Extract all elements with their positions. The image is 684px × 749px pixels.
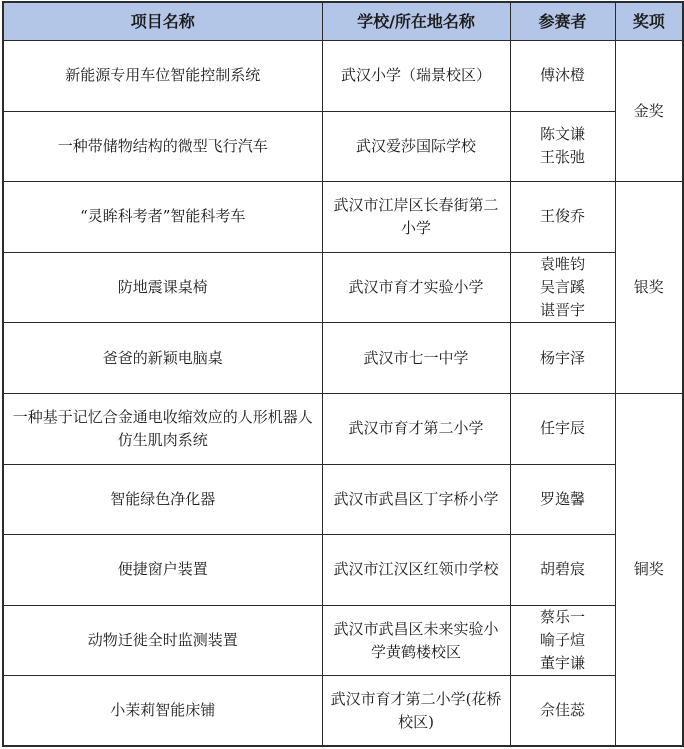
project-name: 一种带储物结构的微型飞行汽车	[3, 111, 322, 182]
participant: 罗逸馨	[517, 488, 609, 511]
participant: 陈文谦	[517, 123, 609, 146]
participant: 吴言蹊	[517, 276, 609, 299]
participants: 佘佳蕊	[510, 676, 615, 747]
participant: 佘佳蕊	[517, 699, 609, 722]
awards-table: 项目名称 学校/所在地名称 参赛者 奖项 新能源专用车位智能控制系统 武汉小学（…	[2, 1, 684, 747]
school-name: 武汉市育才第二小学(花桥校区)	[322, 676, 510, 747]
school-name: 武汉市七一中学	[322, 323, 510, 394]
participant: 王张弛	[517, 146, 609, 169]
participants: 杨宇泽	[510, 323, 615, 394]
table-row: 动物迁徙全时监测装置 武汉市武昌区未来实验小学黄鹤楼校区 蔡乐一 喻子煊 董宇谦	[3, 605, 683, 676]
school-name: 武汉市武昌区未来实验小学黄鹤楼校区	[322, 605, 510, 676]
award-gold: 金奖	[615, 41, 683, 182]
header-school: 学校/所在地名称	[322, 2, 510, 41]
header-row: 项目名称 学校/所在地名称 参赛者 奖项	[3, 2, 683, 41]
award-bronze: 铜奖	[615, 393, 683, 746]
table-row: 防地震课桌椅 武汉市育才实验小学 袁唯钧 吴言蹊 谌晋宇	[3, 252, 683, 323]
participant: 袁唯钧	[517, 253, 609, 276]
school-name: 武汉市江汉区红领巾学校	[322, 535, 510, 606]
award-silver: 银奖	[615, 182, 683, 394]
school-name: 武汉市育才实验小学	[322, 252, 510, 323]
project-name: 防地震课桌椅	[3, 252, 322, 323]
participant: 喻子煊	[517, 629, 609, 652]
project-name: 一种基于记忆合金通电收缩效应的人形机器人仿生肌肉系统	[3, 393, 322, 464]
header-project: 项目名称	[3, 2, 322, 41]
project-name: 新能源专用车位智能控制系统	[3, 41, 322, 112]
project-name: 爸爸的新颖电脑桌	[3, 323, 322, 394]
table-row: “灵眸科考者”智能科考车 武汉市江岸区长春街第二小学 王俊乔 银奖	[3, 182, 683, 253]
table-row: 一种基于记忆合金通电收缩效应的人形机器人仿生肌肉系统 武汉市育才第二小学 任宇辰…	[3, 393, 683, 464]
table-row: 爸爸的新颖电脑桌 武汉市七一中学 杨宇泽	[3, 323, 683, 394]
participant: 蔡乐一	[517, 606, 609, 629]
project-name: 动物迁徙全时监测装置	[3, 605, 322, 676]
participants: 王俊乔	[510, 182, 615, 253]
table-row: 智能绿色净化器 武汉市武昌区丁字桥小学 罗逸馨	[3, 464, 683, 535]
table-row: 新能源专用车位智能控制系统 武汉小学（瑞景校区） 傅沐橙 金奖	[3, 41, 683, 112]
participants: 罗逸馨	[510, 464, 615, 535]
school-name: 武汉市育才第二小学	[322, 393, 510, 464]
table-row: 小茉莉智能床铺 武汉市育才第二小学(花桥校区) 佘佳蕊	[3, 676, 683, 747]
school-name: 武汉市武昌区丁字桥小学	[322, 464, 510, 535]
header-participants: 参赛者	[510, 2, 615, 41]
participants: 陈文谦 王张弛	[510, 111, 615, 182]
participant: 傅沐橙	[517, 64, 609, 87]
school-name: 武汉小学（瑞景校区）	[322, 41, 510, 112]
project-name: “灵眸科考者”智能科考车	[3, 182, 322, 253]
participants: 袁唯钧 吴言蹊 谌晋宇	[510, 252, 615, 323]
participant: 任宇辰	[517, 417, 609, 440]
participants: 傅沐橙	[510, 41, 615, 112]
table-row: 便捷窗户装置 武汉市江汉区红领巾学校 胡碧宸	[3, 535, 683, 606]
project-name: 智能绿色净化器	[3, 464, 322, 535]
project-name: 便捷窗户装置	[3, 535, 322, 606]
project-name: 小茉莉智能床铺	[3, 676, 322, 747]
participant: 王俊乔	[517, 205, 609, 228]
participants: 蔡乐一 喻子煊 董宇谦	[510, 605, 615, 676]
participant: 董宇谦	[517, 652, 609, 675]
participants: 任宇辰	[510, 393, 615, 464]
participant: 胡碧宸	[517, 558, 609, 581]
participants: 胡碧宸	[510, 535, 615, 606]
school-name: 武汉市江岸区长春街第二小学	[322, 182, 510, 253]
participant: 谌晋宇	[517, 299, 609, 322]
school-name: 武汉爱莎国际学校	[322, 111, 510, 182]
table-row: 一种带储物结构的微型飞行汽车 武汉爱莎国际学校 陈文谦 王张弛	[3, 111, 683, 182]
participant: 杨宇泽	[517, 347, 609, 370]
header-award: 奖项	[615, 2, 683, 41]
